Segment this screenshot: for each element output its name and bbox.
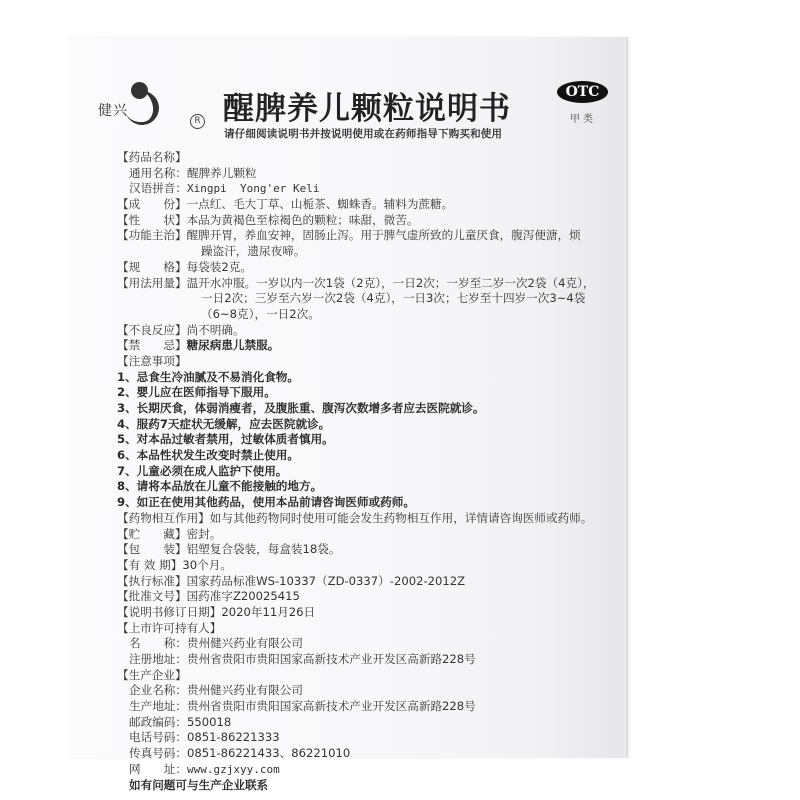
standard-row: 【执行标准】国家药品标准WS-10337（ZD-0337）-2002-2012Z: [117, 574, 617, 590]
manufacturer-heading: 【生产企业】: [117, 668, 617, 684]
precaution-item: 6、本品性状发生改变时禁止使用。: [117, 448, 617, 464]
contraindications-row: 【禁 忌】糖尿病患儿禁服。: [117, 338, 617, 354]
precaution-item: 4、服药7天症状无缓解，应去医院就诊。: [117, 417, 617, 433]
leaflet-body: 【药品名称】 通用名称：醒脾养儿颗粒 汉语拼音：Xingpi Yong'er K…: [117, 150, 617, 793]
otc-badge: OTC: [557, 81, 608, 103]
precaution-item: 9、如正在使用其他药品，使用本品前请咨询医师或药师。: [117, 495, 617, 511]
revision-date-row: 【说明书修订日期】2020年11月26日: [117, 605, 617, 621]
manufacturer-name-row: 企业名称：贵州健兴药业有限公司: [117, 683, 617, 699]
specification-row: 【规 格】每袋装2克。: [117, 260, 617, 276]
website-row: 网 址：www.gzjxyy.com: [117, 762, 617, 778]
mah-heading: 【上市许可持有人】: [117, 621, 617, 637]
package-row: 【包 装】铝塑复合袋装，每盒装18袋。: [117, 542, 617, 558]
dosage-continuation-1: 一日2次；三岁至六岁一次2袋（4克），一日3次；七岁至十四岁一次3~4袋: [117, 291, 617, 307]
precaution-item: 3、长期厌食，体弱消瘦者，及腹胀重、腹泻次数增多者应去医院就诊。: [117, 401, 617, 417]
description-row: 【性 状】本品为黄褐色至棕褐色的颗粒；味甜，微苦。: [117, 213, 617, 229]
contact-note: 如有问题可与生产企业联系: [117, 778, 617, 794]
ingredients-row: 【成 份】一点红、毛大丁草、山栀茶、蜘蛛香。辅料为蔗糖。: [117, 197, 617, 213]
adverse-reactions-row: 【不良反应】尚不明确。: [117, 323, 617, 339]
section-drug-name-heading: 【药品名称】: [117, 150, 617, 166]
storage-row: 【贮 藏】密封。: [117, 527, 617, 543]
indications-continuation: 躁盗汗，遗尿夜啼。: [117, 244, 617, 260]
indications-row: 【功能主治】醒脾开胃，养血安神，固肠止泻。用于脾气虚所致的儿童厌食，腹泻便溏，烦: [117, 228, 617, 244]
postcode-row: 邮政编码：550018: [117, 715, 617, 731]
pinyin-row: 汉语拼音：Xingpi Yong'er Keli: [117, 181, 617, 197]
precaution-item: 8、请将本品放在儿童不能接触的地方。: [117, 479, 617, 495]
brand-logo: 健兴 R: [95, 79, 205, 139]
dosage-row: 【用法用量】温开水冲服。一岁以内一次1袋（2克），一日2次；一岁至二岁一次2袋（…: [117, 276, 617, 292]
registered-trademark-icon: R: [190, 114, 205, 129]
dosage-continuation-2: （6~8克），一日2次。: [117, 307, 617, 323]
approval-row: 【批准文号】国药准字Z20025415: [117, 589, 617, 605]
generic-name-row: 通用名称：醒脾养儿颗粒: [117, 166, 617, 182]
interactions-row: 【药物相互作用】如与其他药物同时使用可能会发生药物相互作用，详情请咨询医师或药师…: [117, 511, 617, 527]
mah-name-row: 名 称：贵州健兴药业有限公司: [117, 636, 617, 652]
brand-name: 健兴: [98, 100, 128, 120]
page-title: 醒脾养儿颗粒说明书: [223, 83, 511, 128]
precaution-item: 1、忌食生冷油腻及不易消化食物。: [117, 370, 617, 386]
mah-address-row: 注册地址：贵州省贵阳市贵阳国家高新技术产业开发区高新路228号: [117, 652, 617, 668]
logo-crescent-icon: [122, 88, 161, 127]
otc-class-label: 甲类: [570, 110, 596, 125]
precautions-heading: 【注意事项】: [117, 354, 617, 370]
fax-row: 传真号码：0851-86221433、86221010: [117, 746, 617, 762]
pinyin-value: Xingpi Yong'er Keli: [187, 182, 319, 195]
precaution-item: 2、婴儿应在医师指导下服用。: [117, 385, 617, 401]
manufacturer-address-row: 生产地址：贵州省贵阳市贵阳国家高新技术产业开发区高新路228号: [117, 699, 617, 715]
precaution-item: 5、对本品过敏者禁用，过敏体质者慎用。: [117, 432, 617, 448]
shelf-life-row: 【有 效 期】30个月。: [117, 558, 617, 574]
precaution-item: 7、儿童必须在成人监护下使用。: [117, 464, 617, 480]
phone-row: 电话号码：0851-86221333: [117, 730, 617, 746]
website-link: www.gzjxyy.com: [187, 763, 280, 776]
reading-advisory: 请仔细阅读说明书并按说明使用或在药师指导下购买和使用: [224, 126, 502, 141]
generic-name-value: 醒脾养儿颗粒: [187, 166, 257, 180]
